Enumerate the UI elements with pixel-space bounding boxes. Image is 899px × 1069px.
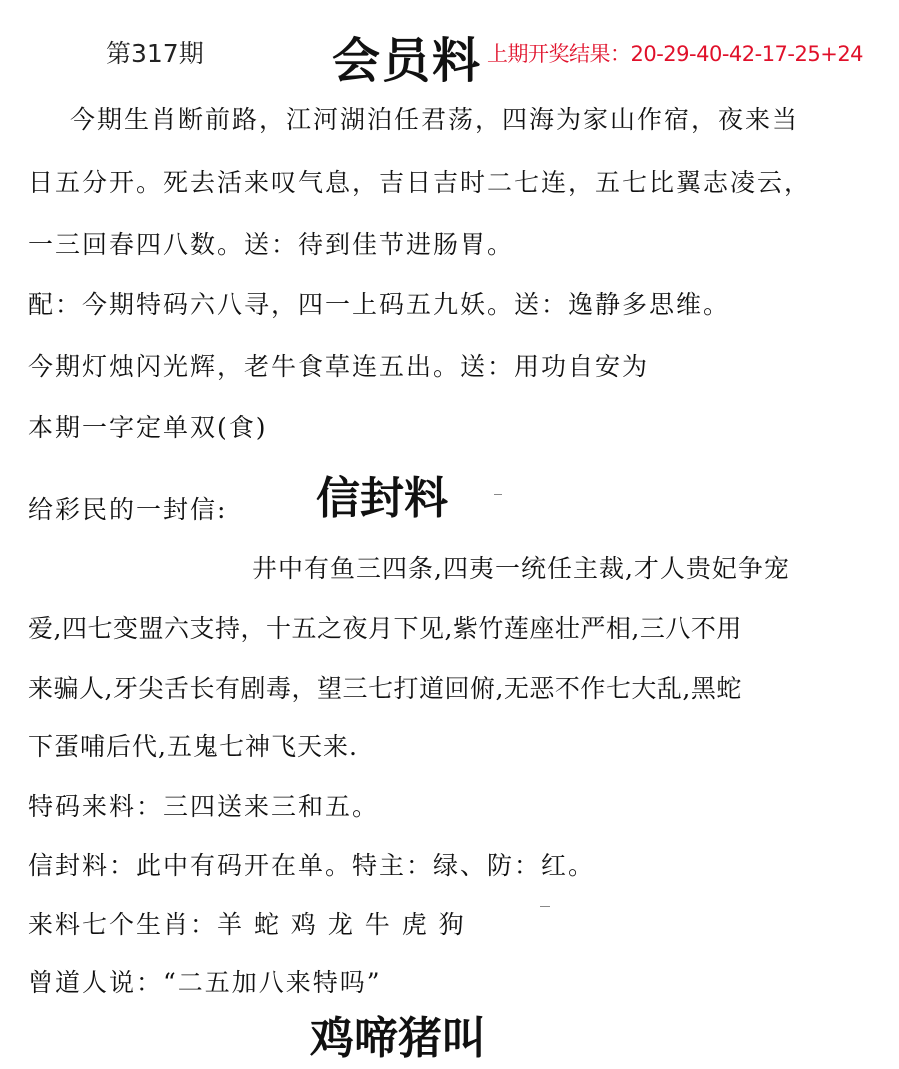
member-line-4: 配：今期特码六八寻，四一上码五九妖。送：逸静多思维。 bbox=[28, 285, 730, 321]
last-draw-numbers: 20-29-40-42-17-25+24 bbox=[631, 42, 864, 66]
last-draw-label: 上期开奖结果： bbox=[487, 42, 631, 66]
letter-line-3: 来骗人,牙尖舌长有剧毒，望三七打道回俯,无恶不作七大乱,黑蛇 bbox=[28, 669, 742, 705]
envelope-line: 信封料：此中有码开在单。特主：绿、防：红。 bbox=[28, 846, 595, 882]
member-line-5: 今期灯烛闪光辉，老牛食草连五出。送：用功自安为 bbox=[28, 347, 649, 383]
divider-mark bbox=[494, 494, 502, 495]
letter-line-4: 下蛋哺后代,五鬼七神飞天来. bbox=[28, 727, 358, 763]
letter-line-2: 爱,四七变盟六支持，十五之夜月下见,紫竹莲座壮严相,三八不用 bbox=[28, 609, 742, 645]
taoist-saying-line: 曾道人说：“二五加八来特吗” bbox=[28, 963, 382, 999]
letter-line-1: 井中有鱼三四条,四夷一统任主裁,才人贵妃争宠 bbox=[252, 549, 790, 585]
member-line-6: 本期一字定单双(食) bbox=[28, 408, 268, 444]
issue-number: 第317期 bbox=[106, 34, 204, 70]
member-line-2: 日五分开。死去活来叹气息，吉日吉时二七连，五七比翼志凌云， bbox=[28, 163, 811, 199]
member-line-3: 一三回春四八数。送：待到佳节进肠胃。 bbox=[28, 225, 514, 261]
seven-zodiacs-line: 来料七个生肖：羊 蛇 鸡 龙 牛 虎 狗 bbox=[28, 905, 466, 941]
envelope-title: 信封料 bbox=[316, 462, 448, 526]
footer-title: 鸡啼猪叫 bbox=[310, 1002, 486, 1066]
divider-mark-2 bbox=[540, 906, 550, 907]
member-line-1: 今期生肖断前路，江河湖泊任君荡，四海为家山作宿，夜来当 bbox=[70, 100, 799, 136]
last-draw-result: 上期开奖结果：20-29-40-42-17-25+24 bbox=[487, 38, 863, 68]
special-code-line: 特码来料：三四送来三和五。 bbox=[28, 787, 379, 823]
page-title: 会员料 bbox=[332, 22, 482, 91]
letter-label: 给彩民的一封信: bbox=[28, 490, 227, 526]
